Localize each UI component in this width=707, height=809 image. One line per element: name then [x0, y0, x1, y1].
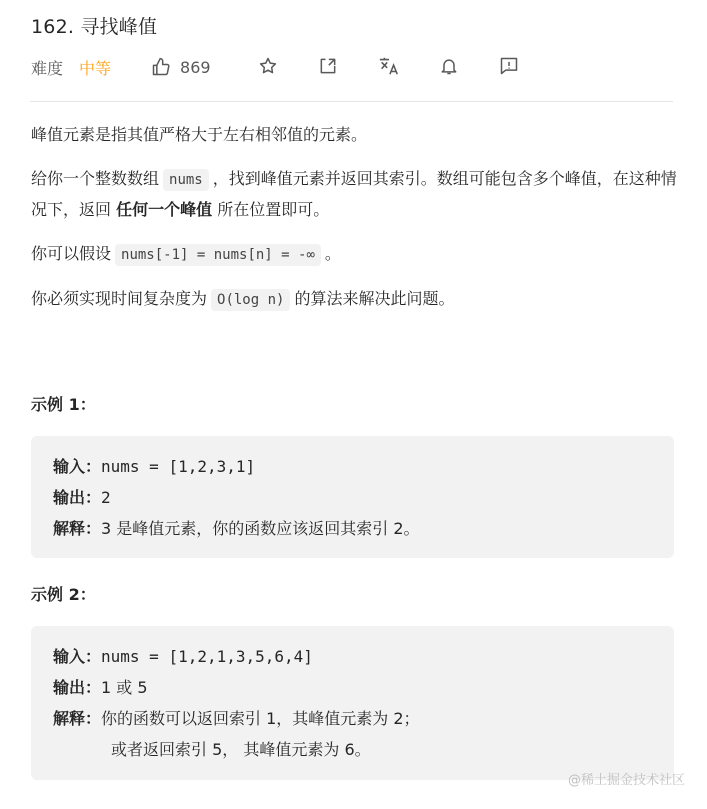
example-1-input: 输入：nums = [1,2,3,1] [53, 451, 652, 482]
like-count: 869 [180, 58, 211, 77]
difficulty-badge: 中等 [79, 56, 111, 79]
example-2-input: 输入：nums = [1,2,1,3,5,6,4] [53, 641, 652, 672]
example-1-title: 示例 1： [31, 392, 96, 415]
problem-title: 162. 寻找峰值 [31, 12, 157, 39]
description-paragraph-3: 你可以假设nums[-1] = nums[n] = -∞。 [31, 239, 681, 270]
bell-icon [439, 56, 459, 76]
subscribe-button[interactable] [437, 54, 461, 78]
header-divider [30, 101, 673, 102]
problem-meta: 难度 中等 869 [31, 54, 211, 80]
description-paragraph-2: 给你一个整数数组nums，找到峰值元素并返回其索引。数组可能包含多个峰值，在这种… [31, 164, 681, 225]
share-button[interactable] [316, 54, 340, 78]
feedback-button[interactable] [497, 54, 521, 78]
watermark: @稀土掘金技术社区 [568, 769, 685, 788]
example-1-output: 输出：2 [53, 482, 652, 513]
inline-code-nums: nums [163, 169, 209, 191]
translate-icon [378, 55, 400, 77]
example-2-title: 示例 2： [31, 582, 96, 605]
problem-description: 峰值元素是指其值严格大于左右相邻值的元素。 给你一个整数数组nums，找到峰值元… [31, 120, 681, 329]
inline-code-boundary: nums[-1] = nums[n] = -∞ [115, 244, 321, 266]
like-button[interactable]: 869 [151, 57, 211, 77]
bold-any-peak: 任何一个峰值 [116, 200, 212, 219]
thumbs-up-icon [151, 57, 171, 77]
inline-code-complexity: O(log n) [211, 289, 290, 311]
translate-button[interactable] [377, 54, 401, 78]
example-1-box: 输入：nums = [1,2,3,1] 输出：2 解释：3 是峰值元素，你的函数… [31, 436, 674, 558]
example-2-output: 输出：1 或 5 [53, 672, 652, 703]
share-icon [318, 56, 338, 76]
example-2-explanation-cont: 或者返回索引 5， 其峰值元素为 6。 [53, 734, 652, 765]
description-paragraph-4: 你必须实现时间复杂度为O(log n)的算法来解决此问题。 [31, 284, 681, 315]
feedback-icon [499, 56, 519, 76]
example-1-explanation: 解释：3 是峰值元素，你的函数应该返回其索引 2。 [53, 513, 652, 544]
difficulty-label: 难度 [31, 56, 63, 79]
star-icon [258, 56, 278, 76]
example-2-explanation: 解释：你的函数可以返回索引 1，其峰值元素为 2； [53, 703, 652, 734]
description-paragraph-1: 峰值元素是指其值严格大于左右相邻值的元素。 [31, 120, 681, 150]
favorite-button[interactable] [256, 54, 280, 78]
example-2-box: 输入：nums = [1,2,1,3,5,6,4] 输出：1 或 5 解释：你的… [31, 626, 674, 780]
